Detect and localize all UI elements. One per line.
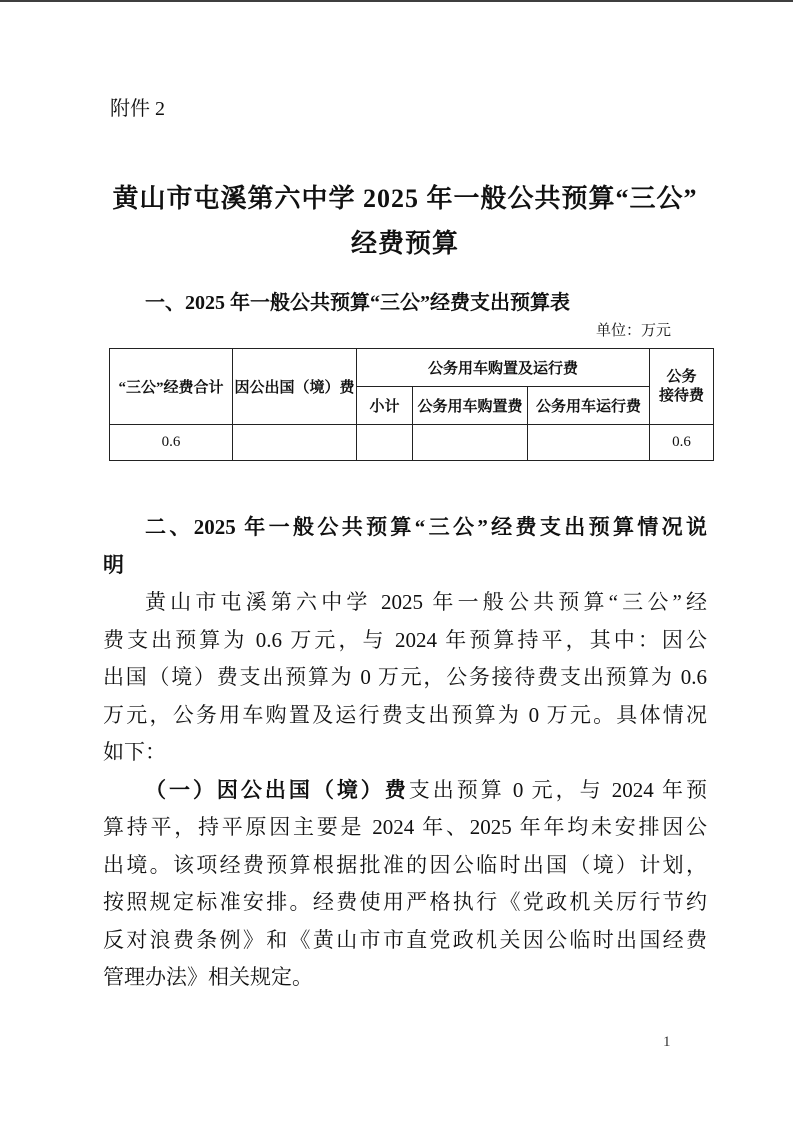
text-line: 黄山市屯溪第六中学 2025 年一般公共预算“三公”经 bbox=[103, 584, 707, 622]
page-number: 1 bbox=[663, 1034, 671, 1051]
attachment-label: 附件 2 bbox=[110, 95, 707, 123]
paragraph-abroad-detail: （一）因公出国（境）费支出预算 0 元，与 2024 年预 算持平，持平原因主要… bbox=[103, 772, 707, 997]
cell-vehicle-purchase-value bbox=[413, 425, 528, 461]
document-title: 黄山市屯溪第六中学 2025 年一般公共预算“三公” 经费预算 bbox=[103, 176, 707, 266]
header-cell-vehicle-group: 公务用车购置及运行费 bbox=[357, 349, 650, 387]
cell-vehicle-subtotal-value bbox=[357, 425, 413, 461]
unit-note: 单位：万元 bbox=[103, 321, 707, 341]
text-line: 费支出预算为 0.6 万元，与 2024 年预算持平，其中：因公 bbox=[103, 622, 707, 660]
header-cell-vehicle-purchase: 公务用车购置费 bbox=[413, 387, 528, 425]
scan-edge-line bbox=[0, 0, 793, 2]
header-reception-line-1: 公务 bbox=[650, 368, 713, 387]
header-cell-vehicle-subtotal: 小计 bbox=[357, 387, 413, 425]
text-line: 如下： bbox=[103, 734, 707, 772]
text-line: 算持平，持平原因主要是 2024 年、2025 年年均未安排因公 bbox=[103, 809, 707, 847]
text-line: 出国（境）费支出预算为 0 万元，公务接待费支出预算为 0.6 bbox=[103, 659, 707, 697]
line-rest: 支出预算 0 元，与 2024 年预 bbox=[409, 778, 707, 802]
text-line: 按照规定标准安排。经费使用严格执行《党政机关厉行节约 bbox=[103, 884, 707, 922]
cell-abroad-value bbox=[233, 425, 357, 461]
header-cell-reception: 公务 接待费 bbox=[650, 349, 714, 425]
cell-vehicle-operation-value bbox=[528, 425, 650, 461]
text-line: 管理办法》相关规定。 bbox=[103, 959, 707, 997]
budget-table: “三公”经费合计 因公出国（境）费 公务用车购置及运行费 公务 接待费 小计 公… bbox=[109, 348, 714, 461]
section2-heading-line-1: 二、2025 年一般公共预算“三公”经费支出预算情况说 bbox=[103, 509, 707, 547]
document-page: 附件 2 黄山市屯溪第六中学 2025 年一般公共预算“三公” 经费预算 一、2… bbox=[0, 0, 793, 1122]
header-cell-total: “三公”经费合计 bbox=[110, 349, 233, 425]
title-line-2: 经费预算 bbox=[103, 221, 707, 266]
header-cell-abroad: 因公出国（境）费 bbox=[233, 349, 357, 425]
text-line: 出境。该项经费预算根据批准的因公临时出国（境）计划， bbox=[103, 847, 707, 885]
bold-lead-in: （一）因公出国（境）费 bbox=[145, 778, 409, 802]
paragraph-overview: 黄山市屯溪第六中学 2025 年一般公共预算“三公”经 费支出预算为 0.6 万… bbox=[103, 584, 707, 772]
header-cell-vehicle-operation: 公务用车运行费 bbox=[528, 387, 650, 425]
cell-reception-value: 0.6 bbox=[650, 425, 714, 461]
cell-total-value: 0.6 bbox=[110, 425, 233, 461]
text-line: （一）因公出国（境）费支出预算 0 元，与 2024 年预 bbox=[103, 772, 707, 810]
title-line-1: 黄山市屯溪第六中学 2025 年一般公共预算“三公” bbox=[103, 176, 707, 221]
document-content: 附件 2 黄山市屯溪第六中学 2025 年一般公共预算“三公” 经费预算 一、2… bbox=[0, 95, 793, 997]
table-row: 0.6 0.6 bbox=[110, 425, 714, 461]
section2-heading-line-2: 明 bbox=[103, 547, 707, 585]
text-line: 万元，公务用车购置及运行费支出预算为 0 万元。具体情况 bbox=[103, 697, 707, 735]
section1-heading: 一、2025 年一般公共预算“三公”经费支出预算表 bbox=[103, 288, 707, 318]
header-reception-line-2: 接待费 bbox=[650, 387, 713, 406]
section2-heading: 二、2025 年一般公共预算“三公”经费支出预算情况说 明 bbox=[103, 509, 707, 584]
text-line: 反对浪费条例》和《黄山市市直党政机关因公临时出国经费 bbox=[103, 922, 707, 960]
